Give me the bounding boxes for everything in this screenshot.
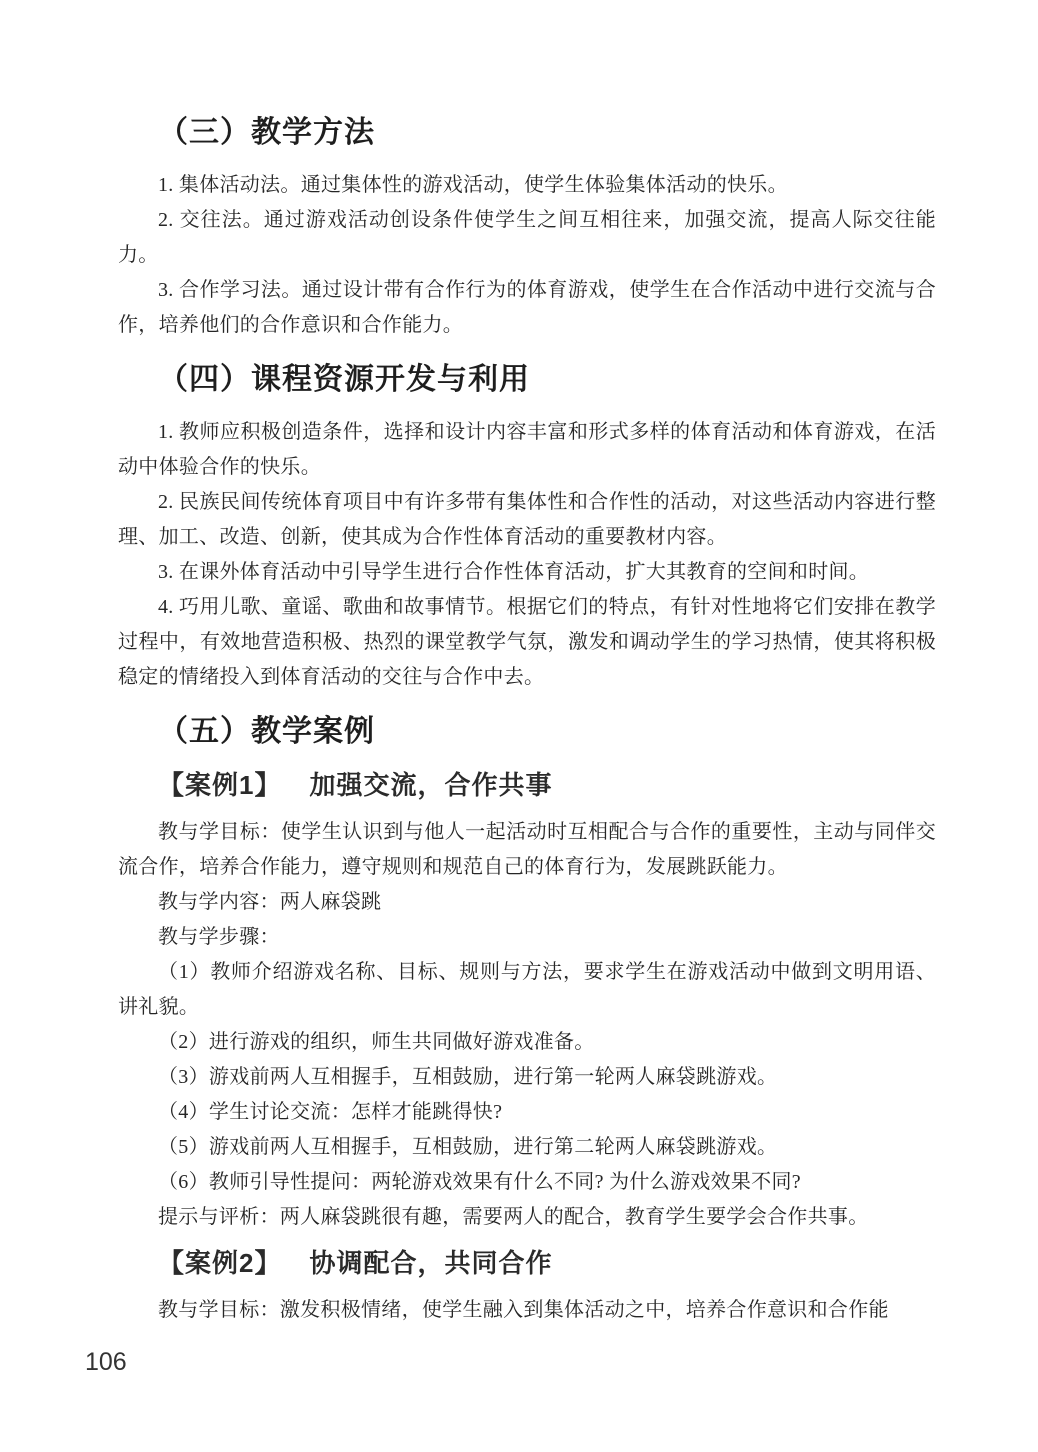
case-2-title: 协调配合，共同合作 <box>309 1248 552 1278</box>
paragraph: 提示与评析：两人麻袋跳很有趣，需要两人的配合，教育学生要学会合作共事。 <box>118 1200 936 1235</box>
case-1-title: 加强交流，合作共事 <box>309 770 552 800</box>
paragraph: 1. 教师应积极创造条件，选择和设计内容丰富和形式多样的体育活动和体育游戏，在活… <box>118 415 936 485</box>
paragraph: （5）游戏前两人互相握手，互相鼓励，进行第二轮两人麻袋跳游戏。 <box>118 1130 936 1165</box>
paragraph: （4）学生讨论交流：怎样才能跳得快? <box>118 1095 936 1130</box>
section-heading-5: （五）教学案例 <box>118 711 936 753</box>
section-heading-3: （三）教学方法 <box>118 112 936 154</box>
case-2-label: 【案例2】 <box>158 1248 281 1278</box>
paragraph: 教与学目标：激发积极情绪，使学生融入到集体活动之中，培养合作意识和合作能 <box>118 1293 936 1328</box>
paragraph: 3. 合作学习法。通过设计带有合作行为的体育游戏，使学生在合作活动中进行交流与合… <box>118 273 936 343</box>
paragraph: （6）教师引导性提问：两轮游戏效果有什么不同? 为什么游戏效果不同? <box>118 1165 936 1200</box>
page-number: 106 <box>85 1348 127 1377</box>
paragraph: 教与学目标：使学生认识到与他人一起活动时互相配合与合作的重要性，主动与同伴交流合… <box>118 815 936 885</box>
paragraph: 4. 巧用儿歌、童谣、歌曲和故事情节。根据它们的特点，有针对性地将它们安排在教学… <box>118 590 936 695</box>
paragraph: （3）游戏前两人互相握手，互相鼓励，进行第一轮两人麻袋跳游戏。 <box>118 1060 936 1095</box>
paragraph: 教与学步骤： <box>118 920 936 955</box>
paragraph: （2）进行游戏的组织，师生共同做好游戏准备。 <box>118 1025 936 1060</box>
paragraph: 教与学内容：两人麻袋跳 <box>118 885 936 920</box>
page-content: （三）教学方法 1. 集体活动法。通过集体性的游戏活动，使学生体验集体活动的快乐… <box>118 112 936 1328</box>
paragraph: 2. 交往法。通过游戏活动创设条件使学生之间互相往来，加强交流，提高人际交往能力… <box>118 203 936 273</box>
case-1-heading: 【案例1】加强交流，合作共事 <box>118 767 936 803</box>
paragraph: （1）教师介绍游戏名称、目标、规则与方法，要求学生在游戏活动中做到文明用语、讲礼… <box>118 955 936 1025</box>
case-1-label: 【案例1】 <box>158 770 281 800</box>
paragraph: 2. 民族民间传统体育项目中有许多带有集体性和合作性的活动，对这些活动内容进行整… <box>118 485 936 555</box>
section-heading-4: （四）课程资源开发与利用 <box>118 359 936 401</box>
paragraph: 3. 在课外体育活动中引导学生进行合作性体育活动，扩大其教育的空间和时间。 <box>118 555 936 590</box>
book-page: （三）教学方法 1. 集体活动法。通过集体性的游戏活动，使学生体验集体活动的快乐… <box>0 0 1038 1452</box>
case-2-heading: 【案例2】协调配合，共同合作 <box>118 1245 936 1281</box>
paragraph: 1. 集体活动法。通过集体性的游戏活动，使学生体验集体活动的快乐。 <box>118 168 936 203</box>
